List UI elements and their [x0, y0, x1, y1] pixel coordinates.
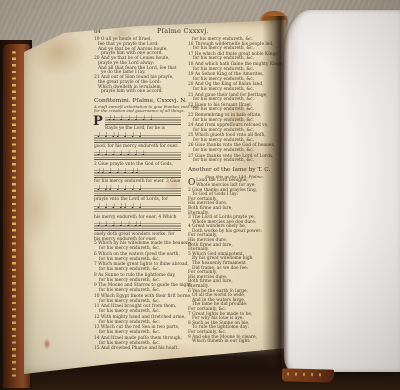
psalm-verse: 11 And Iſrael brought out from them,for …	[94, 305, 183, 315]
another-version-heading: Another of the ſame by T. C.	[188, 167, 281, 173]
psalm-verse: 25 Which giueth food vnto all fleſh,for …	[188, 134, 281, 143]
psalm-verse: 5 Which by his wiſedome made the heauens…	[94, 242, 183, 252]
gold-tooling-dotted-line	[12, 51, 16, 378]
drop-cap-initial: P	[93, 114, 103, 129]
psalm-verse: 15 And drowned Pharao and his hoaſt.	[94, 347, 183, 352]
music-notes: ♩ ♩ ♩♩ ♩ ♩ ♩	[97, 131, 143, 139]
running-title: Pſalme Cxxxvj.	[88, 27, 278, 35]
music-staff: ♩ ♩ ♩ ♩♩ ♩ ♩	[94, 205, 183, 215]
psalm-verse: 9 The Moone and Starres to guide the nig…	[94, 284, 183, 294]
psalm-verse: 27 Giue thanks vnto the Lord of Lords,fo…	[188, 155, 281, 164]
drop-cap-initial: O	[188, 179, 195, 187]
music-notes: ♩ ♩ ♩ ♩ ♩ ♩ ♩	[97, 149, 146, 157]
left-column-verses: 5 Which by his wiſedome made the heauens…	[94, 242, 183, 352]
verse-line: 15 And drowned Pharao and his hoaſt.	[94, 347, 183, 352]
psalm-verse: 26 Giue thanks vnto the God of heauen,fo…	[188, 144, 281, 153]
blank-right-page	[284, 10, 400, 372]
psalm-verse: 19 As Sehon King of the Amorites,for his…	[188, 73, 281, 82]
psalm-verse: 18 And which hath ſlaine the mighty King…	[188, 63, 281, 72]
right-column-verses: 16 Through wilderneſſe his people led,fo…	[188, 43, 281, 164]
psalm-verse: 21 And gaue their land for heritage,for …	[188, 94, 281, 103]
psalm-verse: 13 Which cut the red Sea in two parts,fo…	[94, 326, 183, 336]
printed-left-page: 84 Pſalme Cxxxvj. 19 O all ye houſe of I…	[24, 20, 286, 376]
music-notation-block: P ♩♩ ♩ ♩ ♩ ♩ ♩Rayſe ye the Lord, for he …	[94, 116, 183, 237]
psalm-verse: 14 And Iſrael made paſſe them through,fo…	[94, 337, 183, 347]
music-notes: ♩ ♩ ♩ ♩♩ ♩ ♩	[97, 202, 143, 210]
music-notes: ♩ ♩♩ ♩ ♩ ♩ ♩	[97, 184, 143, 192]
psalm-verse: 24 And from oppreſſours reſcued vs,for h…	[188, 124, 281, 133]
music-notes: ♩♩ ♩ ♩ ♩ ♩ ♩	[108, 114, 154, 122]
music-staff: ♩♩ ♩ ♩ ♩ ♩ ♩	[105, 116, 183, 126]
refrain-line: for his mercy endureth, &c.	[188, 159, 281, 164]
psalm-verse: 17 He which did ſmite great noble Kings,…	[188, 53, 281, 62]
psalm-verse: 23 Remembring vs in baſe eſtate,for his …	[188, 114, 281, 123]
right-text-column: for his mercy endureth, &c. 16 Through w…	[188, 38, 281, 345]
opening-verses: 19 O all ye houſe of Iſrael,ſee that ye …	[94, 38, 183, 95]
music-staff: ♩ ♩♩ ♩ ♩ ♩ ♩	[94, 187, 183, 197]
verse-line: prayſe him with one accord.	[94, 90, 183, 95]
psalm-verse: 6 Which on the waters ſpred the earth,fo…	[94, 253, 183, 263]
music-notes: ♩ ♩ ♩ ♩ ♩ ♩♩	[97, 220, 143, 228]
red-leather-fleck	[40, 334, 54, 354]
psalm-verse: 10 Which Egypt ſmote with their firſt bo…	[94, 295, 183, 305]
music-staff: ♩ ♩ ♩ ♩ ♩ ♩ ♩	[94, 151, 183, 161]
stanza-lines: OLaud the Lord benigne,Whoſe mercies laſ…	[188, 179, 281, 344]
psalm-section-heading: Confitemini. Pſalme, Cxxxvj. N.	[94, 98, 183, 104]
stanza-line: Which ſhineth in our ſight:	[188, 340, 281, 345]
photo-of-open-psalter-book: 84 Pſalme Cxxxvj. 19 O all ye houſe of I…	[0, 0, 400, 390]
psalm-verse: 22 Euen to his ſeruant Iſrael,for his me…	[188, 104, 281, 113]
music-staff: ♩ ♩ ♩ ♩ ♩ ♩♩	[94, 222, 183, 232]
refrain-line: for his mercy endureth, &c.	[188, 149, 281, 154]
left-text-column: 19 O all ye houſe of Iſrael,ſee that ye …	[94, 38, 183, 353]
psalm-verse: 7 Which made great lights to ſhine abroa…	[94, 263, 183, 273]
psalm-verse: 20 And Og the King of Baſan land,for his…	[188, 83, 281, 92]
psalm-verse: 16 Through wilderneſſe his people led,fo…	[188, 43, 281, 52]
music-notes: ♩♩ ♩ ♩ ♩ ♩♩	[97, 167, 140, 175]
music-staff: ♩ ♩ ♩♩ ♩ ♩ ♩	[94, 134, 183, 144]
refrain-line: for his mercy endureth, &c.	[188, 88, 281, 93]
gold-tooling-dots	[287, 372, 326, 376]
music-staff: ♩♩ ♩ ♩ ♩ ♩♩	[94, 169, 183, 179]
bottom-cover-corner	[282, 368, 334, 382]
psalm-verse: 8 As Sunne to rule the lightſome day,for…	[94, 274, 183, 284]
staff-lyric: onely doth great wonders worke, for	[94, 232, 183, 237]
psalm-verse: 12 With mighty hand and ſtretched arme,f…	[94, 316, 183, 326]
